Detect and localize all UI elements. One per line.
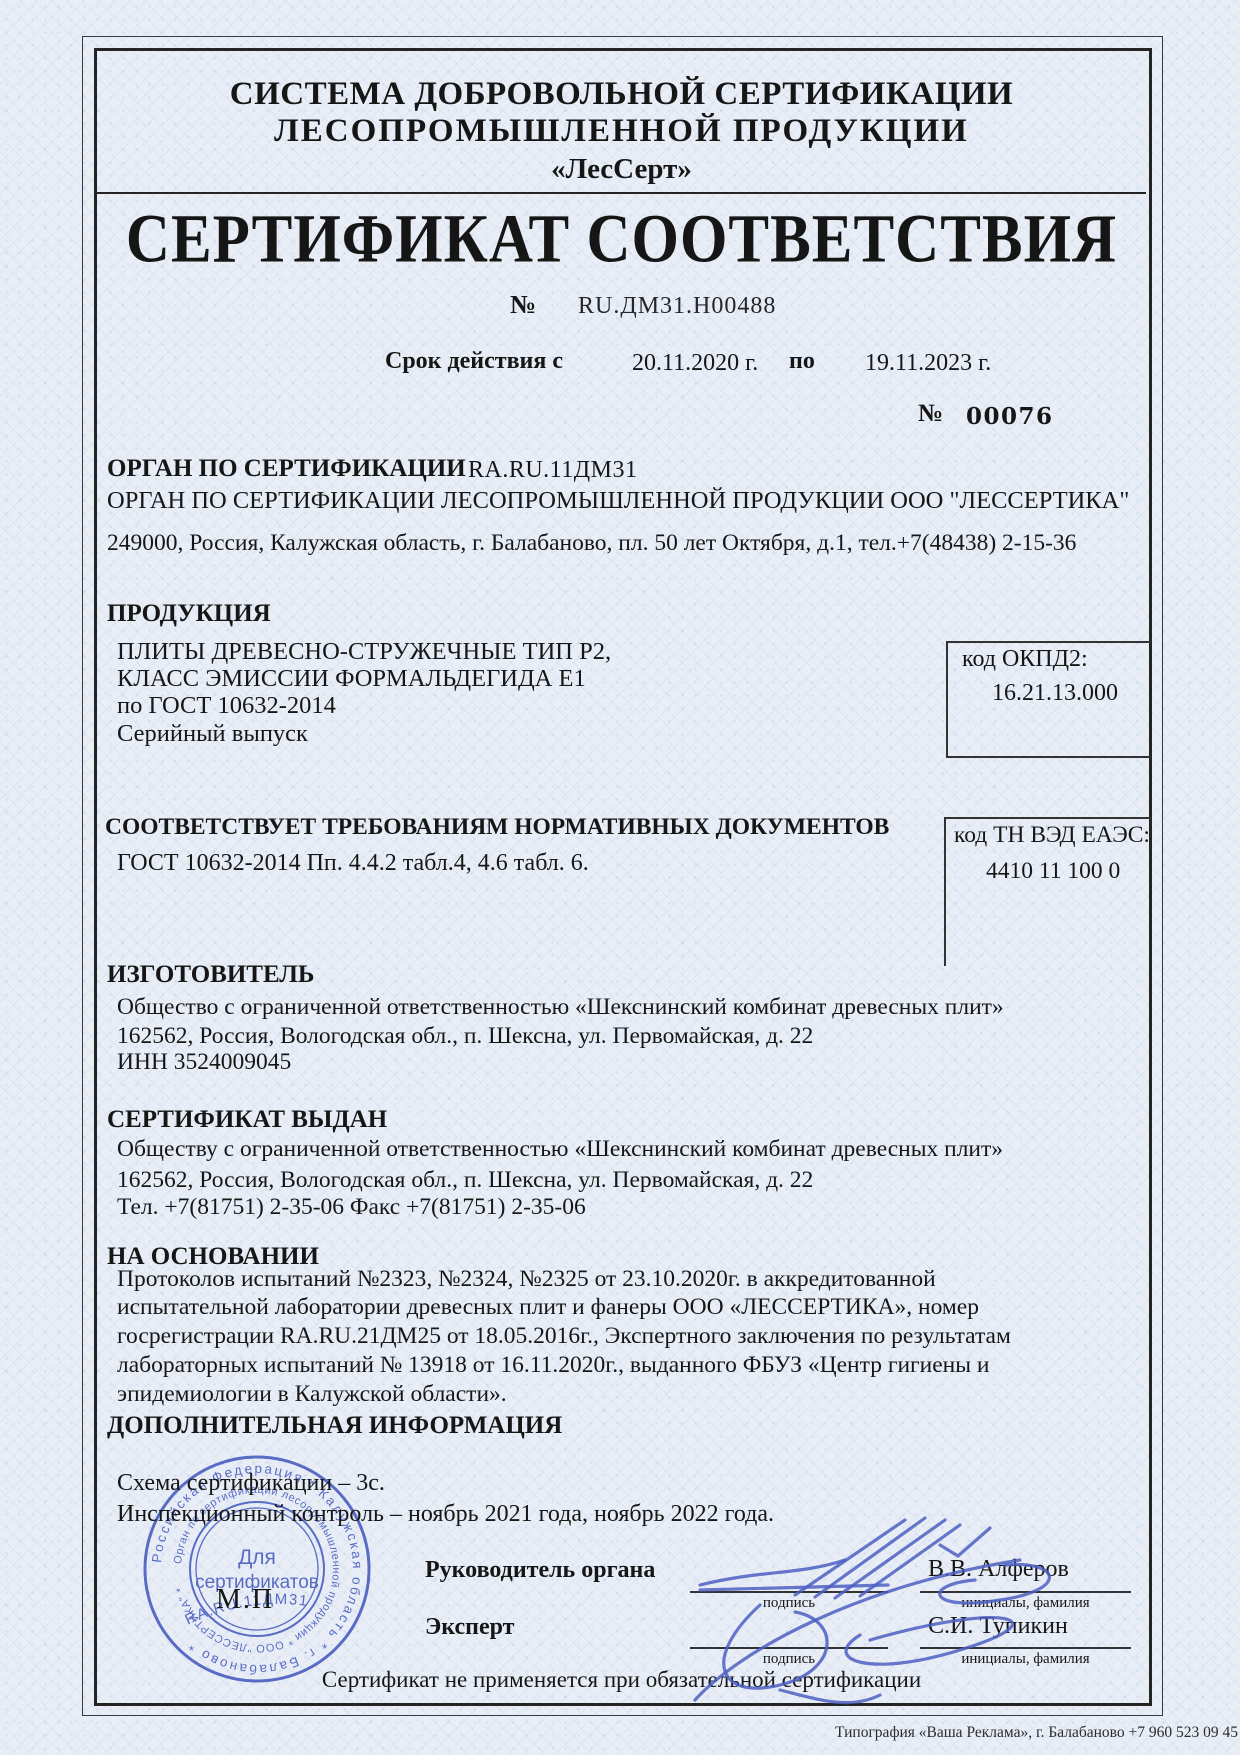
- tnved-value: 4410 11 100 0: [986, 858, 1120, 885]
- validity-to-label: по: [789, 348, 815, 375]
- product-line: КЛАСС ЭМИССИИ ФОРМАЛЬДЕГИДА Е1: [117, 665, 586, 693]
- expert-role-label: Эксперт: [425, 1614, 514, 1641]
- compliance-label: СООТВЕТСТВУЕТ ТРЕБОВАНИЯМ НОРМАТИВНЫХ ДО…: [105, 814, 889, 841]
- basis-line: Протоколов испытаний №2323, №2324, №2325…: [117, 1266, 936, 1293]
- additional-info-label: ДОПОЛНИТЕЛЬНАЯ ИНФОРМАЦИЯ: [107, 1412, 562, 1440]
- manufacturer-line: 162562, Россия, Вологодская обл., п. Шек…: [117, 1023, 813, 1050]
- blank-number-label: №: [918, 400, 943, 428]
- system-name: «ЛесСерт»: [97, 153, 1146, 186]
- issued-to-line: Тел. +7(81751) 2-35-06 Факс +7(81751) 2-…: [117, 1194, 586, 1221]
- issued-to-line: 162562, Россия, Вологодская обл., п. Шек…: [117, 1167, 813, 1194]
- issued-to-line: Обществу с ограниченной ответственностью…: [117, 1136, 1003, 1163]
- certificate-page: { "colors": { "stamp": "#4a5ec0", "ink":…: [0, 0, 1240, 1755]
- tnved-label: код ТН ВЭД ЕАЭС:: [954, 822, 1150, 849]
- stamp-place-label: М.П: [216, 1584, 274, 1616]
- manufacturer-label: ИЗГОТОВИТЕЛЬ: [107, 961, 314, 989]
- system-title-line1: СИСТЕМА ДОБРОВОЛЬНОЙ СЕРТИФИКАЦИИ: [97, 76, 1146, 113]
- certification-body-code: RA.RU.11ДМ31: [468, 457, 638, 484]
- okpd2-value: 16.21.13.000: [992, 680, 1118, 707]
- basis-line: госрегистрации RA.RU.21ДМ25 от 18.05.201…: [117, 1323, 1011, 1350]
- product-line: ПЛИТЫ ДРЕВЕСНО-СТРУЖЕЧНЫЕ ТИП Р2,: [117, 638, 611, 666]
- certification-body-name: ОРГАН ПО СЕРТИФИКАЦИИ ЛЕСОПРОМЫШЛЕННОЙ П…: [107, 487, 1129, 515]
- validity-from-label: Срок действия с: [385, 348, 563, 375]
- validity-to-date: 19.11.2023 г.: [865, 350, 991, 377]
- header-divider: [97, 192, 1146, 194]
- handwritten-signatures: [620, 1445, 1180, 1715]
- certificate-number: RU.ДМ31.Н00488: [578, 293, 776, 320]
- blank-number: 00076: [966, 403, 1054, 430]
- print-shop-footer: Типография «Ваша Реклама», г. Балабаново…: [95, 1724, 1238, 1742]
- product-line: по ГОСТ 10632-2014: [117, 692, 336, 720]
- certification-body-address: 249000, Россия, Калужская область, г. Ба…: [107, 530, 1076, 557]
- issued-to-label: СЕРТИФИКАТ ВЫДАН: [107, 1106, 387, 1134]
- certificate-title: СЕРТИФИКАТ СООТВЕТСТВИЯ: [97, 201, 1146, 279]
- validity-from-date: 20.11.2020 г.: [632, 350, 758, 377]
- basis-line: лабораторных испытаний № 13918 от 16.11.…: [117, 1352, 990, 1379]
- okpd2-label: код ОКПД2:: [962, 646, 1088, 673]
- certificate-number-label: №: [510, 290, 536, 320]
- manufacturer-line: Общество с ограниченной ответственностью…: [117, 994, 1004, 1021]
- basis-line: испытательной лаборатории древесных плит…: [117, 1294, 979, 1321]
- compliance-value: ГОСТ 10632-2014 Пп. 4.4.2 табл.4, 4.6 та…: [117, 850, 589, 877]
- product-label: ПРОДУКЦИЯ: [107, 600, 271, 628]
- additional-info-line: Схема сертификации – 3с.: [117, 1470, 385, 1497]
- certification-body-label: ОРГАН ПО СЕРТИФИКАЦИИ: [107, 455, 466, 483]
- stamp-center-line1: Для: [238, 1546, 276, 1569]
- system-title-line2: ЛЕСОПРОМЫШЛЕННОЙ ПРОДУКЦИИ: [97, 113, 1146, 150]
- manufacturer-line: ИНН 3524009045: [117, 1049, 291, 1076]
- product-line: Серийный выпуск: [117, 720, 308, 748]
- basis-line: эпидемиологии в Калужской области».: [117, 1381, 507, 1408]
- expert-signature-ink: [695, 1560, 1049, 1703]
